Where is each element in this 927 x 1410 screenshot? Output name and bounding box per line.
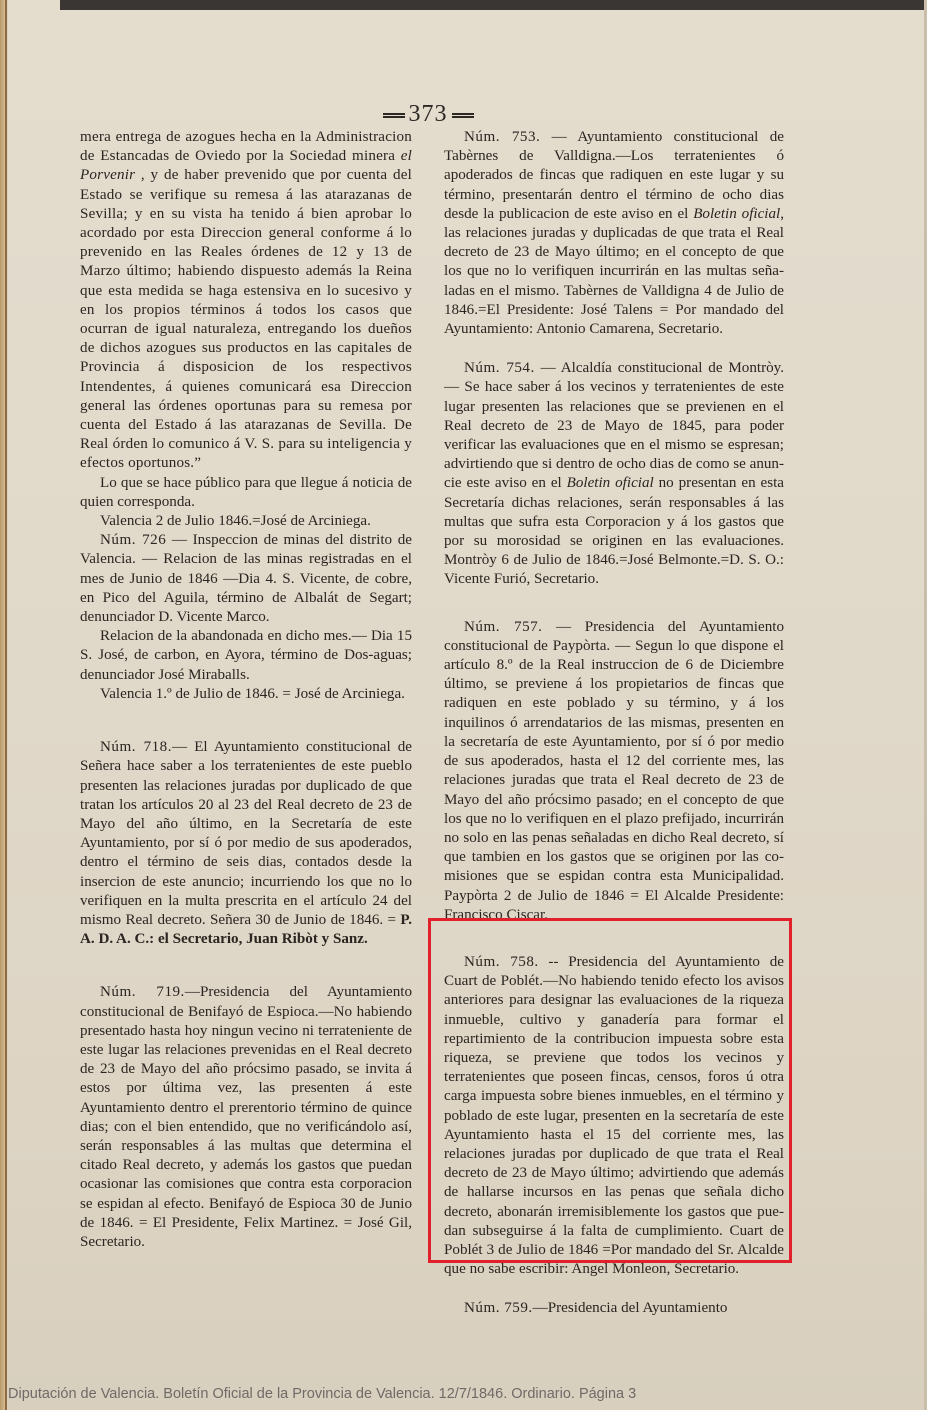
article-757: Núm. 757. — Presidencia del Ayuntamiento… [444, 618, 784, 925]
source-caption: Diputación de Valencia. Boletín Oficial … [8, 1386, 636, 1402]
continuation-paragraph: mera entrega de azogues hecha en la Admi… [80, 128, 412, 474]
article-759-body: Núm. 759.—Presidencia del Ayuntamiento [444, 1299, 784, 1318]
article-719: Núm. 719.—Presidencia del Ayuntamiento c… [80, 983, 412, 1252]
spacer [444, 590, 784, 618]
article-number: Núm. 718. [100, 739, 172, 755]
spacer [444, 339, 784, 359]
publication-notice: Lo que se hace público para que llegue á… [80, 474, 412, 512]
article-726: Núm. 726 — Inspeccion de minas del dis­t… [80, 531, 412, 704]
scanned-page: 373 mera entrega de azogues hecha en la … [0, 0, 927, 1410]
boletin-oficial-title: Boletin oficial [567, 475, 654, 491]
spacer [80, 704, 412, 738]
article-number: Núm. 726 [100, 532, 166, 548]
spacer [80, 949, 412, 983]
scanner-border-top [60, 0, 927, 10]
boletin-oficial-title: Boletin oficial [693, 206, 780, 222]
article-continuation: mera entrega de azogues hecha en la Admi… [80, 128, 412, 531]
article-726-body: Núm. 726 — Inspeccion de minas del dis­t… [80, 531, 412, 627]
page-number-header: 373 [373, 101, 483, 128]
article-719-body: Núm. 719.—Presidencia del Ayuntamiento c… [80, 983, 412, 1252]
article-number: Núm. 757. [464, 619, 542, 635]
article-number: Núm. 719. [100, 984, 185, 1000]
article-718: Núm. 718.— El Ayuntamiento constitucio­n… [80, 738, 412, 949]
article-757-body: Núm. 757. — Presidencia del Ayuntamiento… [444, 618, 784, 925]
dateline-signature: Valencia 2 de Julio 1846.=José de Arci­n… [80, 512, 412, 531]
article-754-body: Núm. 754. — Alcaldía constitucional de M… [444, 359, 784, 589]
article-754: Núm. 754. — Alcaldía constitucional de M… [444, 359, 784, 589]
article-number: Núm. 753. [464, 129, 540, 145]
article-number: Núm. 754. [464, 360, 535, 376]
highlight-box-article-758 [428, 918, 792, 1263]
article-726-signature: Valencia 1.º de Julio de 1846. = José de… [80, 685, 412, 704]
article-753: Núm. 753. — Ayuntamiento constitucional … [444, 128, 784, 339]
article-759: Núm. 759.—Presidencia del Ayuntamiento [444, 1299, 784, 1318]
article-753-body: Núm. 753. — Ayuntamiento constitucional … [444, 128, 784, 339]
left-column: mera entrega de azogues hecha en la Admi… [80, 128, 412, 1252]
page-binding-line [5, 0, 7, 1410]
spacer [444, 1279, 784, 1299]
ornament-dash-left [383, 113, 405, 118]
ornament-dash-right [452, 113, 474, 118]
page-number: 373 [409, 101, 448, 127]
article-number: Núm. 759. [464, 1300, 533, 1316]
article-718-body: Núm. 718.— El Ayuntamiento constitucio­n… [80, 738, 412, 949]
article-726-abandoned: Relacion de la abandonada en dicho mes.—… [80, 627, 412, 685]
